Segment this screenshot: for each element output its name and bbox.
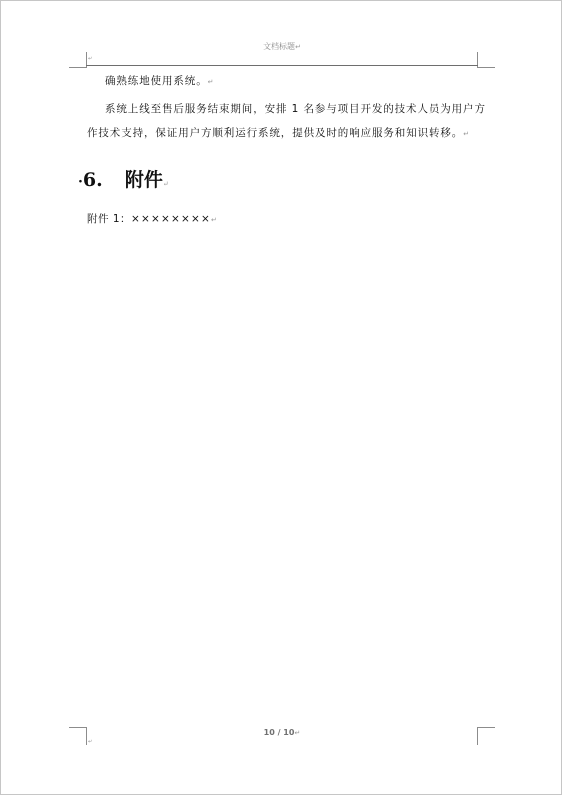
document-page: ↵ ↵ 文档标题↵ 确熟练地使用系统。↵ 系统上线至售后服务结束期间，安排 1 … bbox=[0, 0, 562, 795]
header-rule bbox=[86, 65, 478, 66]
page-indicator: 10 / 10 bbox=[264, 728, 295, 737]
paragraph-mark: ↵ bbox=[294, 729, 300, 737]
footer-page-number[interactable]: 10 / 10↵ bbox=[1, 728, 562, 737]
attachment-label: 附件 1： bbox=[87, 213, 131, 225]
footer-paragraph-mark: ↵ bbox=[88, 739, 92, 745]
header-title[interactable]: 文档标题↵ bbox=[1, 41, 562, 52]
header-paragraph-mark: ↵ bbox=[88, 56, 92, 62]
heading-number: 6. bbox=[83, 169, 125, 191]
attachment-value: ×××××××× bbox=[131, 213, 211, 225]
heading-title: 附件 bbox=[125, 169, 163, 191]
paragraph-mark: ↵ bbox=[463, 130, 470, 138]
attachment-line[interactable]: 附件 1：××××××××↵ bbox=[87, 211, 217, 226]
section-heading[interactable]: ·6.附件↵ bbox=[78, 165, 169, 192]
body-line-1[interactable]: 确熟练地使用系统。↵ bbox=[105, 73, 214, 88]
body-paragraph-2-line-1[interactable]: 系统上线至售后服务结束期间，安排 1 名参与项目开发的技术人员为用户方 bbox=[105, 101, 486, 116]
paragraph-mark: ↵ bbox=[163, 180, 169, 188]
body-paragraph-2-line-1-text: 系统上线至售后服务结束期间，安排 1 名参与项目开发的技术人员为用户方 bbox=[105, 103, 486, 115]
body-paragraph-2-line-2-text: 作技术支持，保证用户方顺利运行系统，提供及时的响应服务和知识转移。 bbox=[87, 127, 463, 139]
crop-mark-top-left bbox=[69, 52, 87, 68]
paragraph-mark: ↵ bbox=[211, 216, 217, 224]
body-paragraph-2-line-2[interactable]: 作技术支持，保证用户方顺利运行系统，提供及时的响应服务和知识转移。↵ bbox=[87, 125, 470, 140]
header-title-text: 文档标题 bbox=[263, 42, 295, 51]
paragraph-mark: ↵ bbox=[208, 78, 215, 86]
crop-mark-top-right bbox=[477, 52, 495, 68]
paragraph-mark: ↵ bbox=[295, 43, 301, 51]
body-line-1-text: 确熟练地使用系统。 bbox=[105, 75, 208, 87]
